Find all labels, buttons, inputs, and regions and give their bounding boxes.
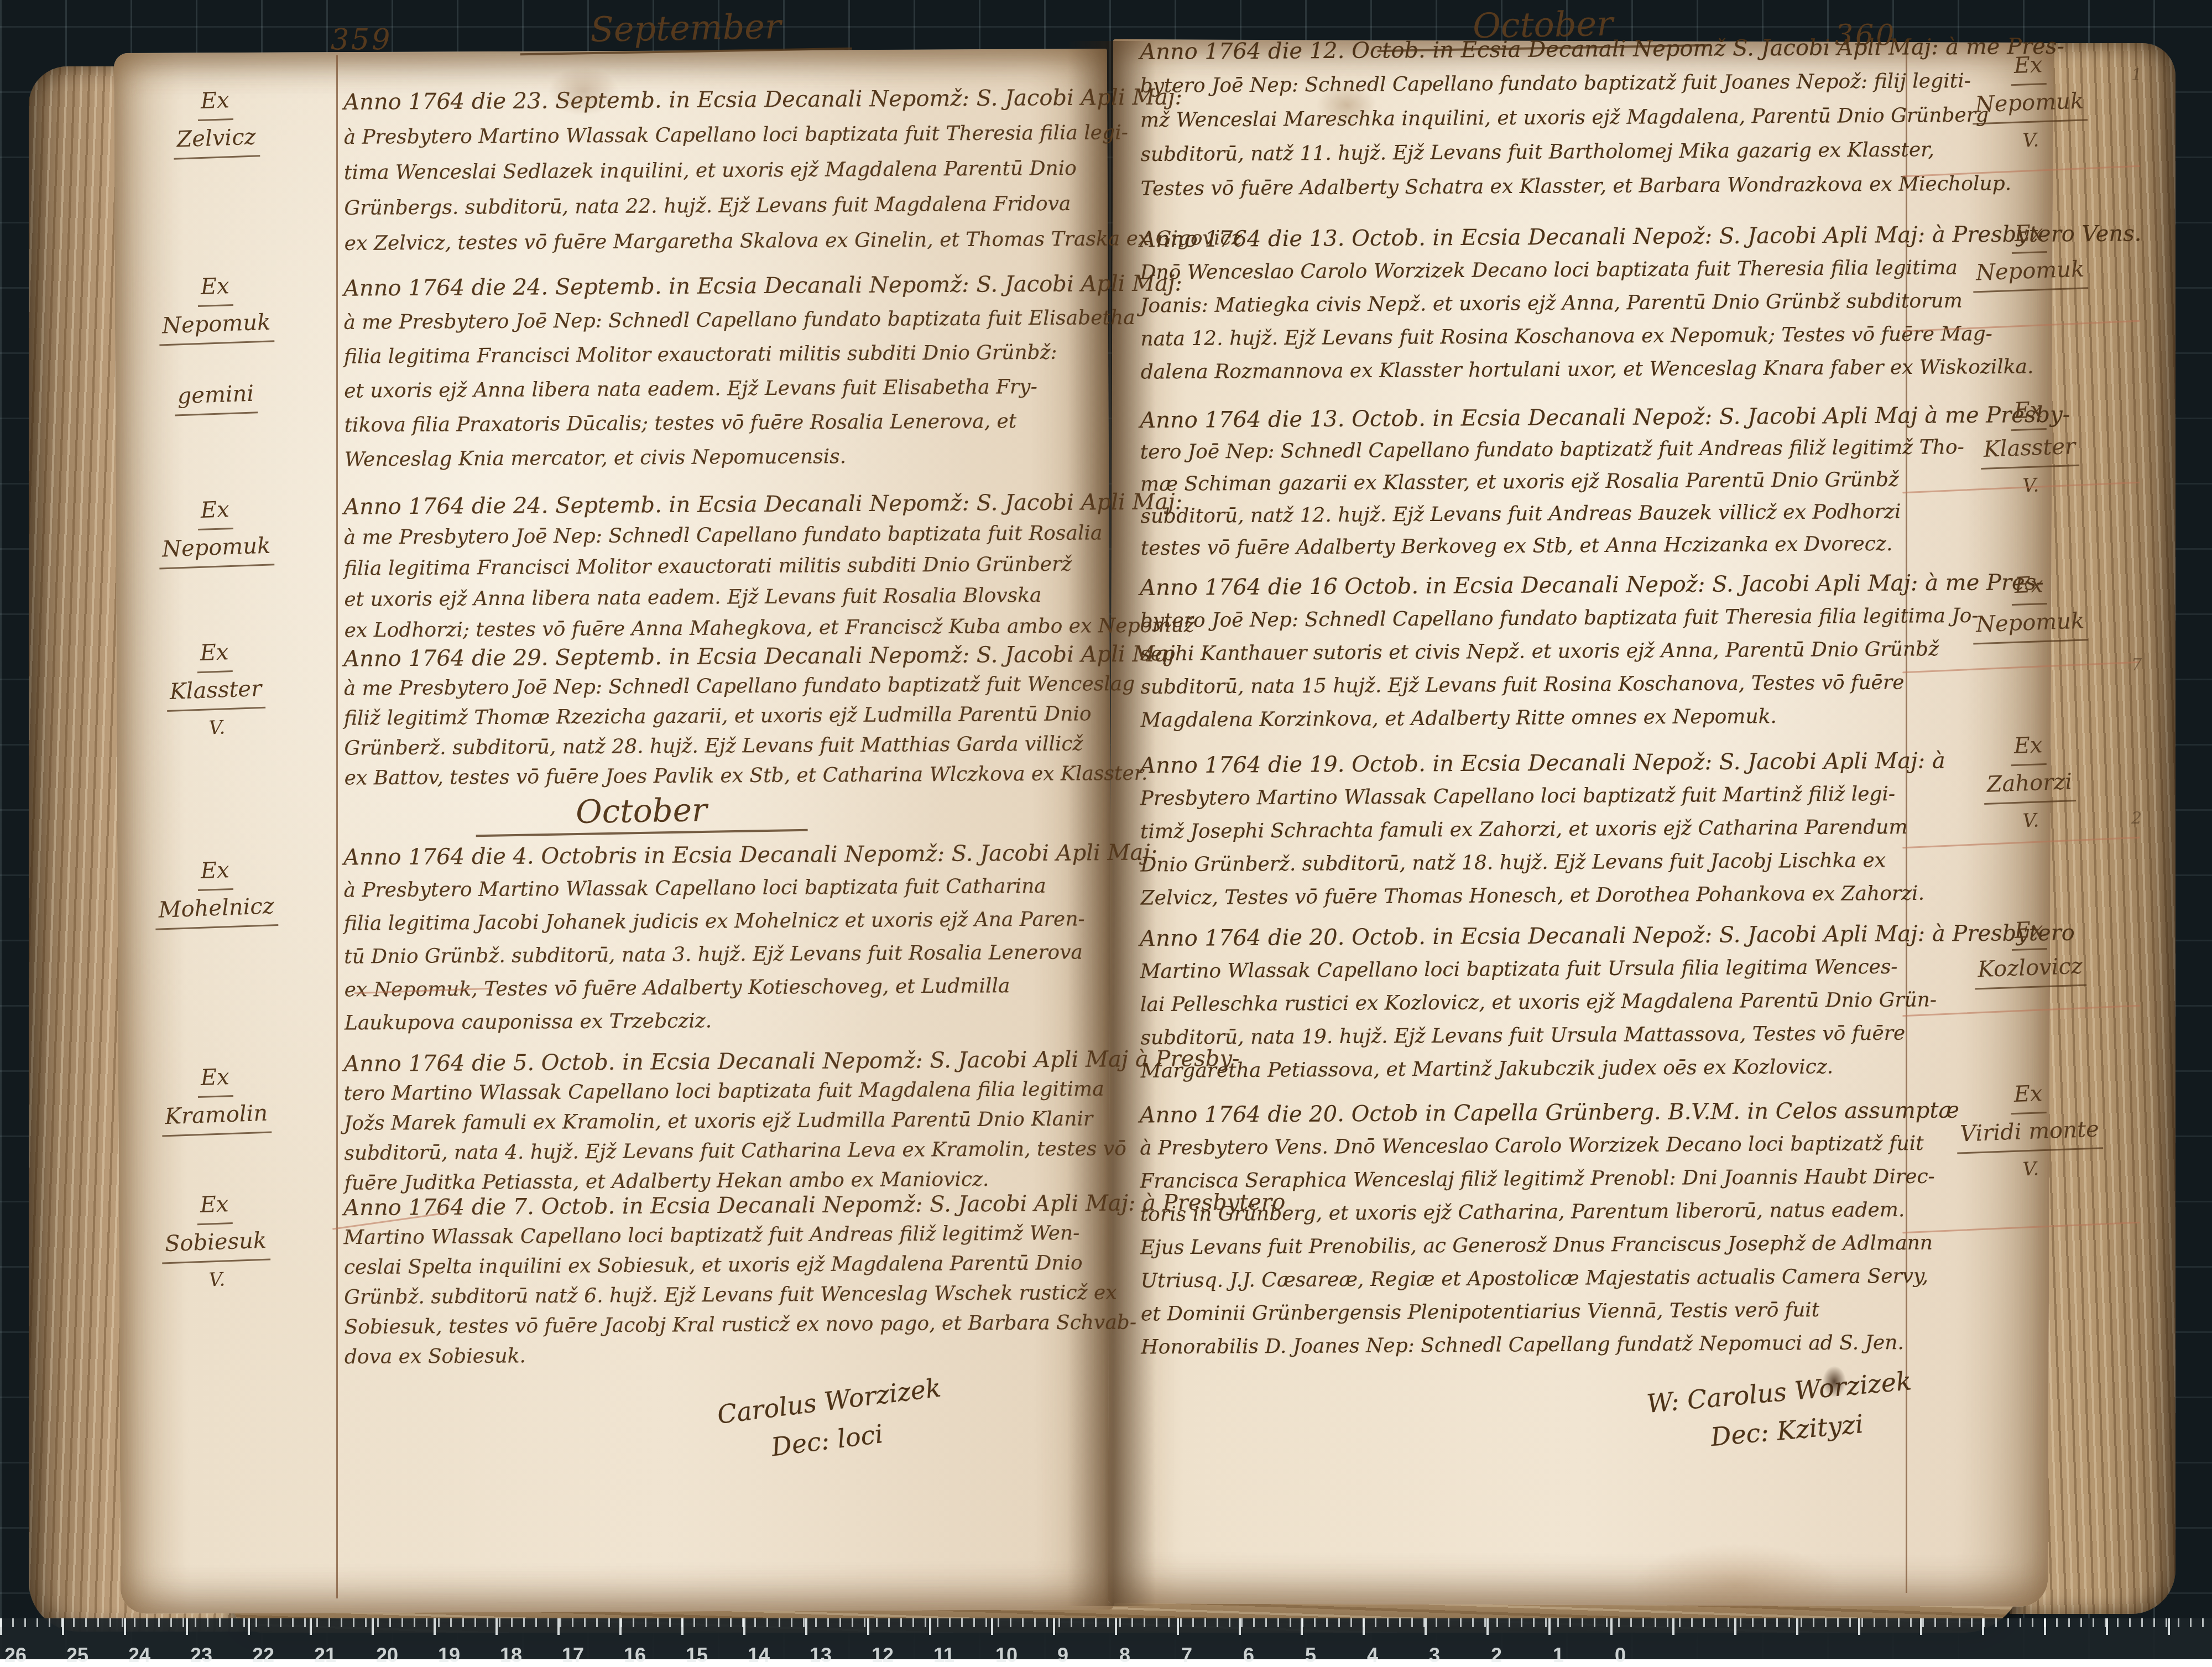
margin-note-line: Kramolin [161,1096,272,1137]
ruler-number: 22 [252,1644,274,1659]
margin-note-line: Ex [2010,47,2047,86]
margin-note-line: V. [2019,122,2043,159]
entry-line: à Presbytero Martino Wlassak Capellano l… [343,114,1241,155]
margin-note-line: V. [205,710,229,746]
margin-note-line: Viridi monte [1956,1111,2103,1154]
entry-line: tū Dnio Grünbž. subditorū, nata 3. hujž.… [344,936,1158,974]
margin-note: ExNepomuk [1912,212,2147,295]
ruler-number: 8 [1119,1644,1130,1659]
margin-note-line: Ex [196,1186,233,1225]
entry-line: Testes vō fuēre Adalberty Schatra ex Kla… [1141,166,2065,206]
entry-line: Utriusq. J.J. Cæsareæ, Regiæ et Apostoli… [1140,1259,1960,1298]
margin-note: ExNepomuk [1912,564,2147,647]
margin-note: ExKlassterV. [103,631,328,750]
entry-line: Magdalena Korzinkova, et Adalberty Ritte… [1141,699,2045,737]
ink-stain [547,66,619,116]
margin-note-line: Ex [197,82,233,121]
ruler-number: 0 [1615,1644,1626,1659]
margin-note-line: Ex [2011,215,2047,254]
entry-line: Anno 1764 die 5. Octob. in Ecsia Decanal… [343,1044,1239,1079]
entry-line: Anno 1764 die 23. Septemb. in Ecsia Deca… [343,79,1241,120]
baptism-entry: Anno 1764 die 24. Septemb. in Ecsia Deca… [343,266,1183,477]
page-header-september: September [519,5,852,55]
baptism-entry: Anno 1764 die 23. Septemb. in Ecsia Deca… [343,79,1242,262]
ruler-number: 5 [1305,1644,1316,1659]
margin-note-row: Mohelnicz [105,887,327,932]
margin-note-line: Mohelnicz [154,888,278,930]
margin-note-line: V. [205,1262,229,1298]
entry-line: Francisca Seraphica Wenceslaj filiž legi… [1140,1160,1960,1198]
entry-line: dalena Rozmannova ex Klasster hortulani … [1141,350,2142,389]
entry-line: subditorū, nata 19. hujž. Ejž Levans fui… [1140,1016,2075,1055]
ruler-number: 4 [1367,1644,1378,1659]
ruler-number: 21 [314,1644,336,1659]
margin-note-line: Ex [2010,392,2047,431]
entry-line: sephi Kanthauer sutoris et civis Nepž. e… [1140,632,2044,671]
margin-note-line: Kozlovicz [1974,948,2086,989]
ruler-number: 20 [376,1644,398,1659]
margin-note-line: gemini [174,376,258,416]
ruler-number: 17 [562,1644,584,1659]
entry-line: filia legitima Jacobi Johanek judicis ex… [344,903,1158,941]
paper-stain [1631,1543,1841,1626]
baptism-entry: Anno 1764 die 20. Octob in Capella Grünb… [1140,1093,1961,1364]
entry-line: à me Presbytero Joē Nep: Schnedl Capella… [343,300,1182,340]
ruler-number: 18 [500,1644,522,1659]
margin-note-line: V. [2019,803,2043,839]
ink-blot [1823,1366,1846,1397]
entry-line: Grünberž. subditorū, natž 28. hujž. Ejž … [344,728,1176,763]
paper-stain [1316,83,1377,127]
entry-line: ex Battov, testes vō fuēre Joes Pavlik e… [345,758,1176,793]
ruler-number: 24 [128,1644,150,1659]
ruler-number: 11 [933,1644,954,1659]
entry-line: Grünbergs. subditorū, nata 22. hujž. Ejž… [344,185,1241,226]
entry-line: Jožs Marek famuli ex Kramolin, et uxoris… [344,1103,1240,1139]
fore-edge-mark: 7 [2131,655,2142,675]
margin-note-line: Ex [197,852,233,891]
entry-line: tima Wenceslai Sedlazek inquilini, et ux… [344,150,1241,191]
margin-note-row: gemini [105,373,327,419]
entry-line: à me Presbytero Joē Nep: Schnedl Capella… [344,669,1176,704]
margin-note-line: Nepomuk [1971,83,2088,124]
entry-line: testes vō fuēre Adalberty Berkoveg ex St… [1141,527,2071,565]
margin-note: ExSobiesukV. [103,1183,328,1302]
margin-note-line: Ex [197,268,233,307]
margin-note-line: Ex [2011,912,2047,951]
entry-line: filia legitima Francisci Molitor exaucto… [344,548,1194,584]
entry-line: à me Presbytero Joē Nep: Schnedl Capella… [344,517,1194,553]
ruler-number: 7 [1181,1644,1192,1659]
margin-note: ExMohelnicz [104,849,328,932]
page-mid-header-october: October [475,789,807,837]
entry-line: tero Martino Wlassak Capellano loci bapt… [344,1074,1240,1109]
margin-note: ExKramolin [104,1056,328,1139]
entry-line: et uxoris ejž Anna libera nata eadem. Ej… [344,369,1183,408]
entry-line: Honorabilis D. Joanes Nep: Schnedl Capel… [1141,1326,1961,1364]
photographic-scale-ruler: 2625242322212019181716151413121110987654… [0,1618,2212,1659]
entry-line: ex Nepomuk, Testes vō fuēre Adalberty Ko… [344,969,1158,1007]
fore-edge-mark: 1 [2131,65,2142,85]
fore-edge-mark: 2 [2131,809,2142,828]
margin-note-line: Klasster [166,671,266,712]
margin-note-line: Ex [2010,1076,2047,1114]
entry-line: bytero Joē Nep: Schnedl Capellano fundat… [1140,599,2044,638]
margin-note-line: Ex [197,492,233,530]
baptism-entry: Anno 1764 die 19. Octob. in Ecsia Decana… [1140,744,1946,915]
entry-line: Anno 1764 die 24. Septemb. in Ecsia Deca… [343,266,1182,305]
entry-line: Laukupova cauponissa ex Trzebcziz. [345,1002,1159,1040]
entry-line: Anno 1764 die 19. Octob. in Ecsia Decana… [1140,744,1945,783]
entry-line: nata 12. hujž. Ejž Levans fuit Rosina Ko… [1140,316,2142,356]
entry-line: Anno 1764 die 16 Octob. in Ecsia Decanal… [1140,566,2044,605]
entry-line: Anno 1764 die 4. Octobris in Ecsia Decan… [343,836,1157,874]
baptism-entry: Anno 1764 die 4. Octobris in Ecsia Decan… [343,836,1159,1040]
photo-background: 359 September October October 360 Anno 1… [0,0,2212,1659]
entry-line: Ejus Levans fuit Prenobilis, ac Generosž… [1140,1226,1960,1264]
ruler-number: 13 [810,1644,832,1659]
baptism-entry: Anno 1764 die 16 Octob. in Ecsia Decanal… [1140,566,2044,737]
entry-line: Anno 1764 die 24. Septemb. in Ecsia Deca… [343,486,1193,522]
margin-note-row: Kramolin [105,1093,327,1139]
margin-note-line: Ex [2011,567,2047,606]
left-page-margin-rule [336,55,338,1598]
ruler-number: 15 [686,1644,708,1659]
entry-line: Anno 1764 die 20. Octob in Capella Grünb… [1140,1093,1960,1132]
margin-note-row: Nepomuk [105,526,327,571]
entry-line: tikova filia Praxatoris Dūcalis; testes … [344,403,1183,442]
margin-note-line: Klasster [1980,429,2080,470]
entry-line: filia legitima Francisci Molitor exaucto… [344,335,1183,374]
ruler-number: 12 [872,1644,894,1659]
margin-note-line: Nepomuk [158,304,275,346]
margin-note-line: Ex [196,634,233,673]
entry-line: et uxoris ejž Anna libera nata eadem. Ej… [344,579,1194,615]
margin-note: ExZahorziV. [1912,724,2148,843]
ruler-number: 14 [748,1644,770,1659]
entry-line: à Presbytero Martino Wlassak Capellano l… [343,869,1157,908]
margin-note-line: V. [2019,1151,2043,1187]
margin-note: ExNepomuk [104,265,328,348]
entry-line: Wenceslag Knia mercator, et civis Nepomu… [345,437,1183,477]
ruler-number: 23 [190,1644,212,1659]
margin-note: ExKozlovicz [1912,909,2147,992]
margin-note: ExZelvicz [104,79,328,162]
entry-line: filiž legitimž Thomæ Rzezicha gazarii, e… [344,699,1176,733]
ruler-number: 3 [1429,1644,1440,1659]
margin-note-line: Nepomuk [1972,603,2089,644]
ruler-number: 6 [1243,1644,1254,1659]
ruler-number: 9 [1057,1644,1068,1659]
entry-line: Dnio Grünberž. subditorū, natž 18. hujž.… [1140,844,1946,882]
ruler-number: 10 [995,1644,1018,1659]
entry-line: Zelvicz, Testes vō fuēre Thomas Honesch,… [1141,877,1947,915]
margin-note: ExNepomuk [104,488,328,571]
entry-line: à Presbytero Vens. Dnō Wenceslao Carolo … [1140,1127,1960,1165]
margin-note-line: Ex [197,1059,233,1098]
baptism-entry: Anno 1764 die 5. Octob. in Ecsia Decanal… [343,1044,1240,1199]
margin-note: ExViridi monteV. [1912,1072,2148,1192]
ruler-number: 2 [1491,1644,1502,1659]
ruler-number: 25 [66,1644,88,1659]
entry-line: toris in Grünberg, et uxoris ejž Cathari… [1140,1193,1960,1231]
ruler-number: 16 [624,1644,646,1659]
ruler-number: 1 [1553,1644,1564,1659]
margin-note-row: Nepomuk [105,303,327,348]
entry-line: ex Zelvicz, testes vō fuēre Margaretha S… [345,221,1242,262]
margin-note-line: Sobiesuk [161,1223,270,1264]
page-number-left: 359 [331,23,392,56]
margin-note-line: Zelvicz [173,119,259,159]
margin-note-line: Zahorzi [1983,764,2077,805]
margin-note: ExNepomukV. [1912,44,2148,163]
baptism-entry: Anno 1764 die 24. Septemb. in Ecsia Deca… [343,486,1194,646]
ruler-major-ticks [0,1618,2212,1635]
entry-line: Presbytero Martino Wlassak Capellano loc… [1140,778,1945,816]
margin-note: gemini [105,373,327,419]
margin-note-line: Ex [2010,727,2047,766]
entry-line: Anno 1764 die 29. Septemb. in Ecsia Deca… [343,639,1175,674]
entry-line: et Dominii Grünbergensis Plenipotentiari… [1141,1293,1961,1331]
ruler-number: 19 [438,1644,460,1659]
ruler-number: 26 [4,1644,27,1659]
entry-line: timž Josephi Schrachta famuli ex Zahorzi… [1140,811,1946,849]
margin-note-row: Zelvicz [105,117,327,162]
margin-note-line: Nepomuk [1972,251,2089,293]
baptism-entry: Anno 1764 die 29. Septemb. in Ecsia Deca… [343,639,1176,793]
margin-note-line: Nepomuk [158,528,275,569]
entry-line: subditorū, nata 4. hujž. Ejž Levans fuit… [344,1133,1240,1169]
